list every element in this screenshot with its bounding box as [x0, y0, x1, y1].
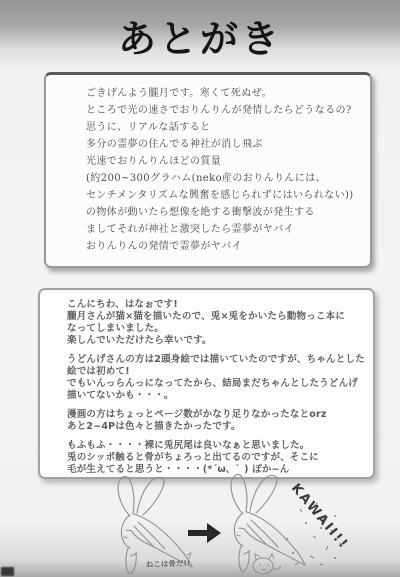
note2-line: 漫画の方はちょっとページ数がかなり足りなかったなとorz: [67, 409, 365, 421]
note2-paragraph-manga: 漫画の方はちょっとページ数がかなり足りなかったなとorz あと2~4Pは色々と描…: [67, 409, 365, 433]
afterword-note-box-hanao: こんにちわ、はなぉです! 朧月さんが猫×猫を描いたので、兎×兎をかいたら動物っこ…: [38, 288, 375, 479]
note2-line: 絵では初めて!: [67, 366, 365, 378]
note1-line: ごきげんよう朧月です。寒くて死ぬぜ。: [86, 85, 358, 102]
note2-paragraph-greeting: こんにちわ、はなぉです! 朧月さんが猫×猫を描いたので、兎×兎をかいたら動物っこ…: [67, 299, 365, 347]
bottom-doodle-sketch: KAWAII!! ねこは骨だ!!: [88, 468, 400, 577]
afterword-note-box-oborozuki: ごきげんよう朧月です。寒くて死ぬぜ。 ところで光の速さでおりんりんが発情したらど…: [44, 72, 372, 268]
note2-line: うどんげさんの方は2頭身絵では描いていたのですが、ちゃんとした: [67, 354, 365, 366]
note1-line: ところで光の速さでおりんりんが発情したらどうなるの?: [86, 102, 358, 119]
note2-line: でもいんっらんっになってたから、結局まだちゃんとしたうどんげ: [67, 378, 365, 390]
page-title: あとがき: [0, 8, 400, 63]
note1-line: 思うに、リアルな話すると: [86, 119, 358, 136]
note2-line: あと2~4Pは色々と描きたかったです。: [67, 421, 365, 433]
note1-line: 光速でおりんりんほどの質量: [86, 153, 358, 170]
cat-doodle: [253, 554, 281, 574]
note2-line: もふもふ・・・・裸に兎尻尾は良いなぁと思いました。: [67, 440, 365, 452]
note1-line: センチメンタリズムな興奮を感じられずにはいられない)): [86, 187, 358, 204]
kawaii-text: KAWAII!!: [288, 481, 351, 553]
note2-line: 兎のシッポ触ると骨がちょろっと出てるのですが、そこに: [67, 452, 365, 464]
page-corner-mark: [1, 567, 14, 576]
note2-paragraph-udonge: うどんげさんの方は2頭身絵では描いていたのですが、ちゃんとした 絵では初めて! …: [67, 354, 365, 402]
note1-line: の物体が動いたら想像を絶する衝撃波が発生する: [86, 204, 358, 221]
note1-line: ましてそれが神社と激突したら霊夢がヤバイ: [86, 221, 358, 238]
note2-line: 楽しんでいただけたら幸いです。: [67, 335, 365, 347]
arrow-right-icon: [188, 523, 221, 543]
doodle-caption: ねこは骨だ!!: [146, 557, 191, 569]
note2-line: 朧月さんが猫×猫を描いたので、兎×兎をかいたら動物っこ本に: [67, 311, 365, 323]
note2-line: こんにちわ、はなぉです!: [67, 299, 365, 311]
note1-line: 多分の霊夢の住んでる神社が消し飛ぶ: [86, 136, 358, 153]
note1-line: (約200~300グラハム(neko産のおりんりんには、: [86, 170, 358, 187]
note2-line: なってしまいました。: [67, 323, 365, 335]
note2-line: 描いてないかも・・・。: [67, 390, 365, 402]
note1-line: おりんりんの発情で霊夢がヤバイ: [86, 238, 358, 255]
